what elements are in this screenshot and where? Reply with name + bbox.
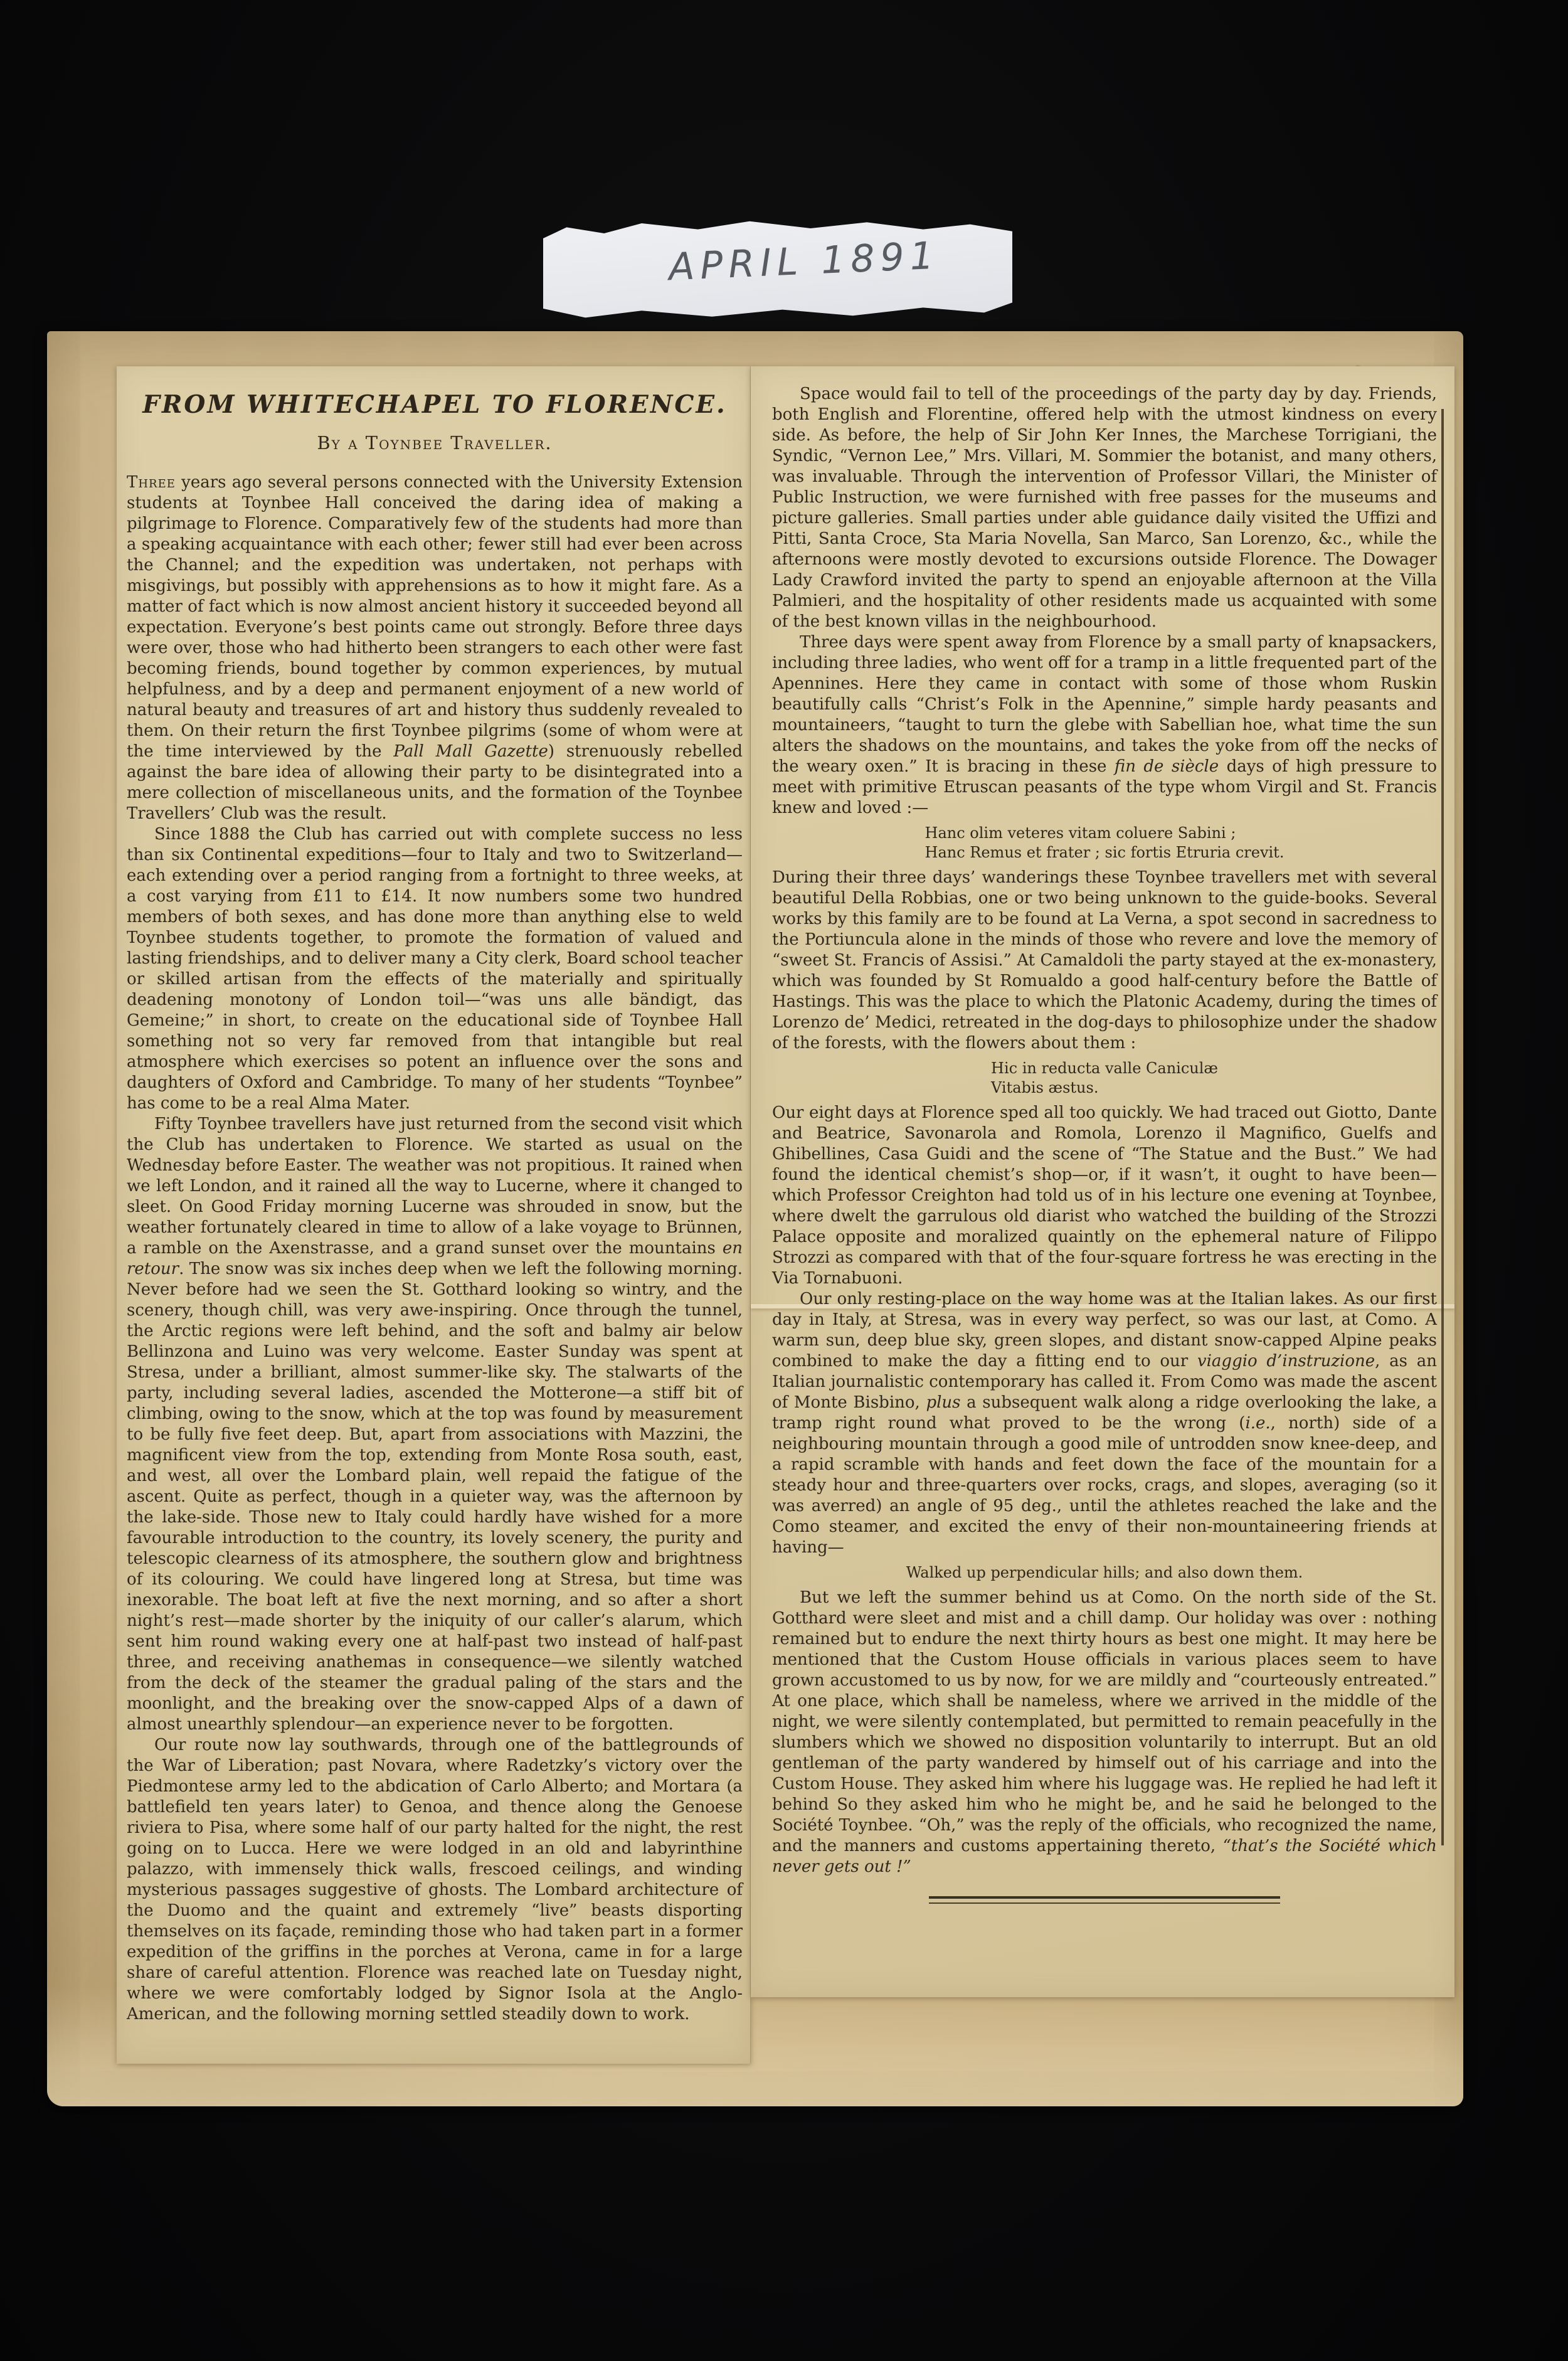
paragraph: Space would fail to tell of the proceedi… [772,384,1437,632]
paragraph: During their three days’ wanderings thes… [772,867,1437,1054]
end-rule [929,1896,1280,1904]
paragraph: Three days were spent away from Florence… [772,632,1437,819]
printed-column-rule [1441,409,1444,1845]
verse-line: Hanc olim veteres vitam coluere Sabini ; [925,824,1285,843]
paragraph: Fifty Toynbee travellers have just retur… [127,1114,743,1735]
paragraph: Our route now lay southwards, through on… [127,1735,743,2025]
text-segment: Our route now lay southwards, through on… [127,1736,743,2024]
text-segment: , north) side of a neighbouring mountain… [772,1414,1437,1557]
article-body-right: Space would fail to tell of the proceedi… [772,384,1437,1904]
article-title: FROM WHITECHAPEL TO FLORENCE. [127,390,743,419]
text-segment: Pall Mall Gazette [393,742,548,761]
text-segment: But we left the summer behind us at Como… [772,1588,1437,1855]
white-archive-label: APRIL 1891 [543,218,1012,319]
text-segment: viaggio d’instruzione [1197,1352,1375,1371]
text-segment: Fifty Toynbee travellers have just retur… [127,1115,743,1258]
article-body-left: Three years ago several persons connecte… [127,472,743,2025]
article-byline: By a Toynbee Traveller. [127,433,743,454]
paragraph: Since 1888 the Club has carried out with… [127,824,743,1114]
paragraph: Our eight days at Florence sped all too … [772,1103,1437,1289]
text-segment: . The snow was six inches deep when we l… [127,1260,743,1734]
paragraph: Three years ago several persons connecte… [127,472,743,824]
article-right-column: Space would fail to tell of the proceedi… [772,384,1437,1904]
text-segment: years ago several persons connected with… [127,473,743,761]
verse-line: Walked up perpendicular hills; and also … [906,1563,1303,1583]
verse-line: Hanc Remus et frater ; sic fortis Etruri… [925,843,1285,862]
verse: Walked up perpendicular hills; and also … [906,1563,1303,1583]
verse-line: Hic in reducta valle Caniculæ [991,1059,1218,1078]
text-segment: Our eight days at Florence sped all too … [772,1103,1437,1288]
article-left-column: FROM WHITECHAPEL TO FLORENCE. By a Toynb… [127,390,743,2025]
text-segment: Space would fail to tell of the proceedi… [772,385,1437,631]
paragraph: Our only resting-place on the way home w… [772,1289,1437,1558]
text-segment: During their three days’ wanderings thes… [772,868,1437,1053]
text-segment: Three [127,473,176,492]
scanned-scrapbook-photo: FROM WHITECHAPEL TO FLORENCE. By a Toynb… [0,0,1568,2361]
text-segment: i.e. [1245,1414,1270,1433]
verse-line: Vitabis æstus. [991,1078,1218,1098]
text-segment: Since 1888 the Club has carried out with… [127,825,743,1113]
handwritten-date: APRIL 1891 [668,234,940,290]
text-segment: fin de siècle [1115,757,1219,776]
paragraph: But we left the summer behind us at Como… [772,1588,1437,1877]
verse: Hic in reducta valle CaniculæVitabis æst… [991,1059,1218,1098]
text-segment: plus [926,1393,960,1412]
verse: Hanc olim veteres vitam coluere Sabini ;… [925,824,1285,862]
text-segment: Three days were spent away from Florence… [772,633,1437,776]
